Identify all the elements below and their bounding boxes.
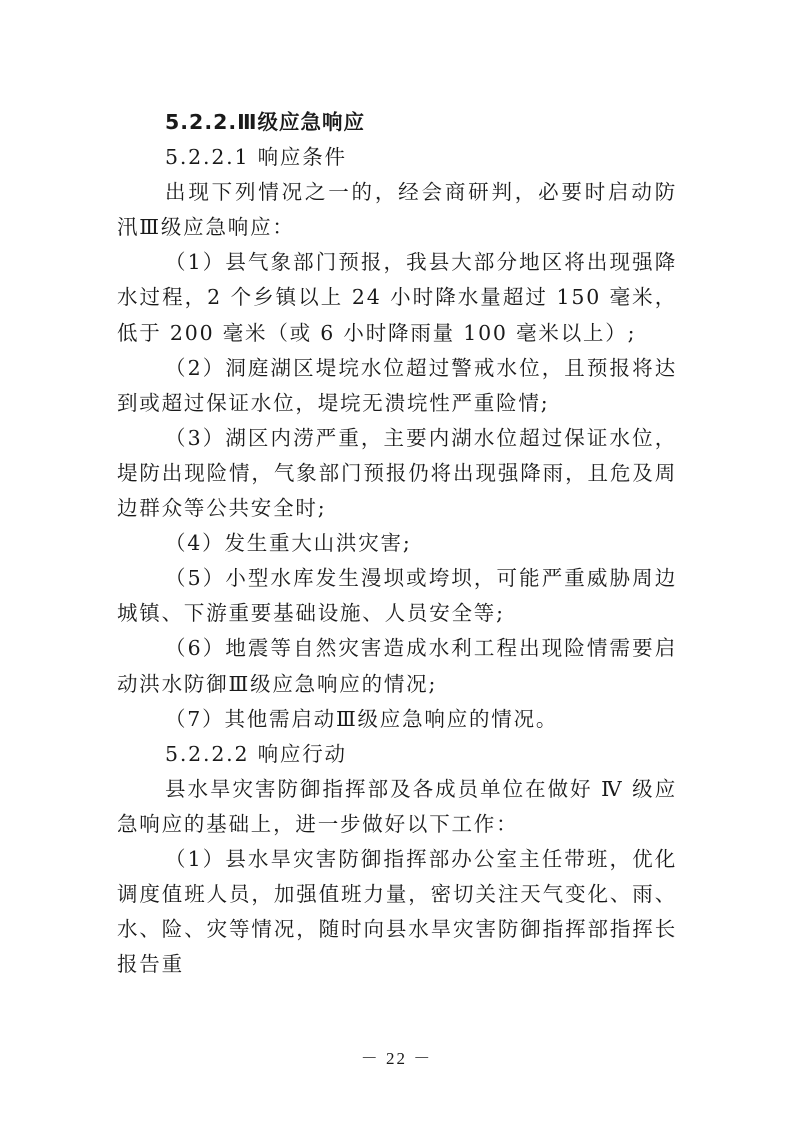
condition-item: （4）发生重大山洪灾害; [117,526,677,561]
condition-item: （1）县气象部门预报，我县大部分地区将出现强降水过程，2 个乡镇以上 24 小时… [117,245,677,350]
subsection-title-conditions: 5.2.2.1 响应条件 [117,140,677,175]
condition-item: （6）地震等自然灾害造成水利工程出现险情需要启动洪水防御Ⅲ级应急响应的情况; [117,631,677,701]
page-number: － 22 － [0,1044,793,1069]
document-page: 5.2.2.Ⅲ级应急响应 5.2.2.1 响应条件 出现下列情况之一的，经会商研… [117,105,677,982]
conditions-intro: 出现下列情况之一的，经会商研判，必要时启动防汛Ⅲ级应急响应： [117,175,677,245]
action-item: （1）县水旱灾害防御指挥部办公室主任带班，优化调度值班人员，加强值班力量，密切关… [117,842,677,982]
condition-item: （5）小型水库发生漫坝或垮坝，可能严重威胁周边城镇、下游重要基础设施、人员安全等… [117,561,677,631]
condition-item: （2）洞庭湖区堤垸水位超过警戒水位，且预报将达到或超过保证水位，堤垸无溃垸性严重… [117,351,677,421]
actions-intro: 县水旱灾害防御指挥部及各成员单位在做好 Ⅳ 级应急响应的基础上，进一步做好以下工… [117,772,677,842]
condition-item: （3）湖区内涝严重，主要内湖水位超过保证水位，堤防出现险情，气象部门预报仍将出现… [117,421,677,526]
condition-item: （7）其他需启动Ⅲ级应急响应的情况。 [117,702,677,737]
section-heading: 5.2.2.Ⅲ级应急响应 [117,105,677,140]
subsection-title-actions: 5.2.2.2 响应行动 [117,737,677,772]
